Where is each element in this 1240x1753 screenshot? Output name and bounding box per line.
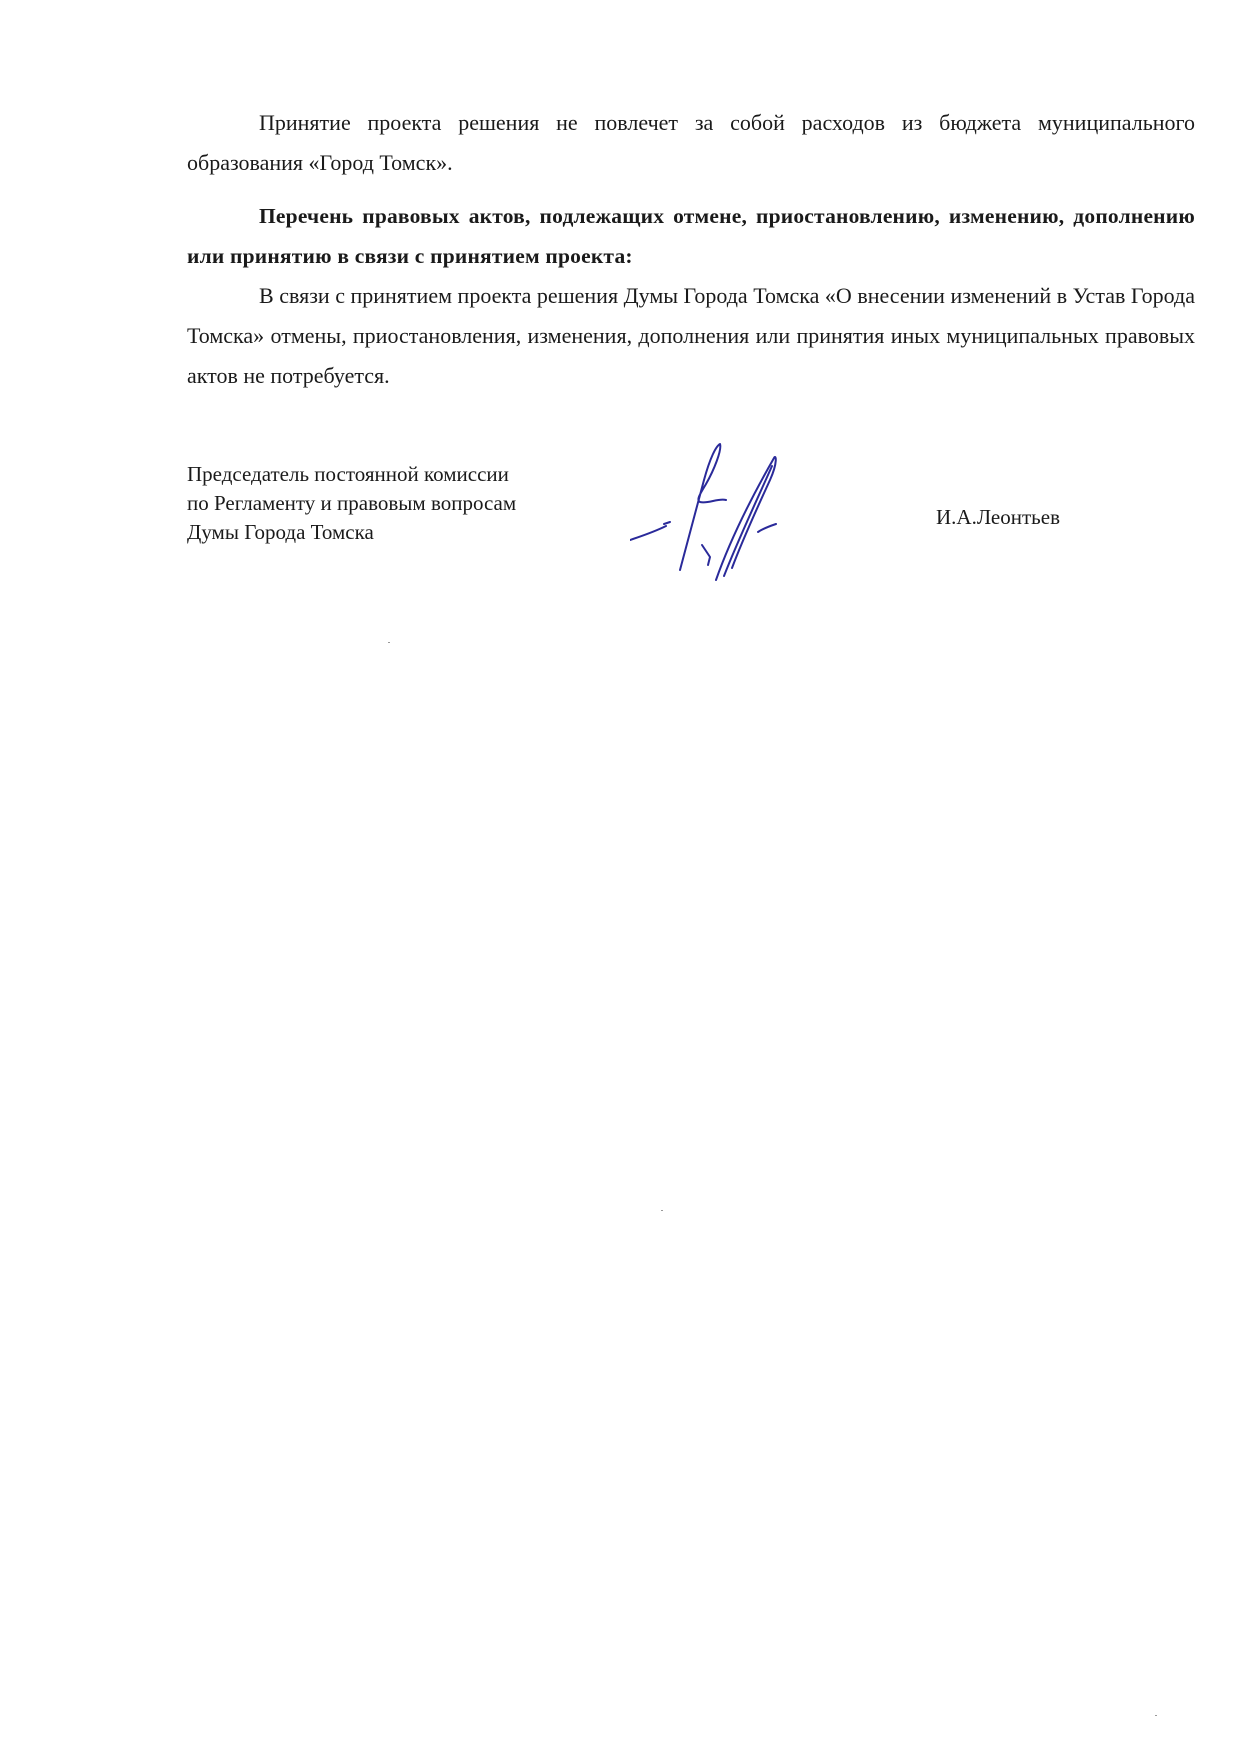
position-line-2: по Регламенту и правовым вопросам	[187, 489, 516, 518]
position-line-3: Думы Города Томска	[187, 518, 516, 547]
scan-speck	[1155, 1715, 1157, 1716]
position-line-1: Председатель постоянной комиссии	[187, 460, 516, 489]
paragraph-legal-acts-statement: В связи с принятием проекта решения Думы…	[187, 276, 1195, 396]
scan-speck	[661, 1210, 663, 1211]
signatory-position: Председатель постоянной комиссии по Регл…	[187, 460, 516, 547]
paragraph-budget-statement: Принятие проекта решения не повлечет за …	[187, 103, 1195, 183]
signer-name: И.А.Леонтьев	[936, 505, 1060, 530]
document-page: Принятие проекта решения не повлечет за …	[0, 0, 1240, 1753]
handwritten-signature-icon	[630, 440, 820, 590]
scan-speck	[388, 642, 390, 643]
paragraph-legal-acts-heading: Перечень правовых актов, подлежащих отме…	[187, 196, 1195, 276]
